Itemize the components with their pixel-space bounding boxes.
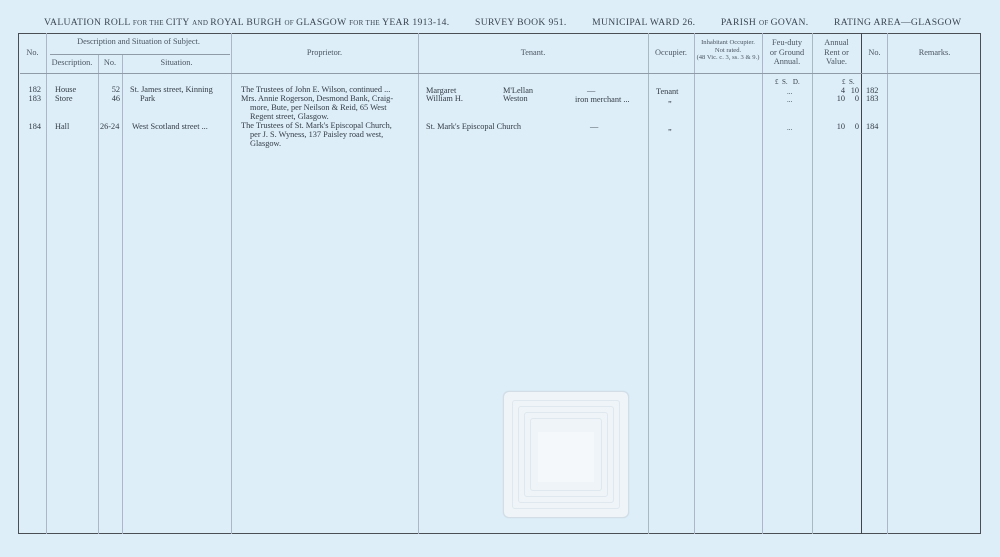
header-feu-duty: Feu-duty or Ground Annual. [762,38,812,67]
header-remarks: Remarks. [888,48,981,58]
row-street-no: 26-24 [100,123,119,132]
row-tenant-first: William H. [426,95,463,104]
row-feu: ... [787,124,792,133]
row-occupier: „ [668,124,672,133]
parish: PARISH OF GOVAN. [721,17,809,28]
row-tenant-occupation: — [590,123,598,132]
row-tenant-first: St. Mark's Episcopal Church [426,123,521,132]
column-rule [231,33,232,534]
column-rule [812,33,813,534]
feu-currency-header: £ S. D. [775,78,800,87]
header-subrule [50,54,230,55]
header-no-right: No. [862,48,887,58]
column-rule [46,33,47,534]
column-rule [122,54,123,534]
title-part: AND [192,19,210,27]
municipal-ward: MUNICIPAL WARD 26. [592,17,695,28]
row-no-right: 184 [866,123,878,132]
header-no: No. [19,48,46,58]
row-rent-shillings: 0 [846,123,859,132]
column-rule [418,33,419,534]
row-feu: ... [787,96,792,105]
row-rent-shillings: 0 [846,95,859,104]
title-part: FOR THE [133,19,166,27]
header-situation: Situation. [122,58,231,68]
row-no: 184 [20,123,41,132]
row-situation: West Scotland street ... [132,123,208,132]
row-no-right: 183 [866,95,878,104]
survey-book: SURVEY BOOK 951. [475,17,567,28]
column-rule [648,33,649,534]
row-no: 183 [20,95,41,104]
header-bottom-rule [20,73,980,74]
title-part: VALUATION ROLL [44,17,133,28]
row-proprietor-cont: Glasgow. [250,140,281,149]
header-annual-rent: Annual Rent or Value. [812,38,861,67]
row-rent-pounds: 10 [826,123,845,132]
title-part: FOR THE [349,19,382,27]
row-tenant-last: Weston [503,95,528,104]
title-part: ROYAL BURGH [210,17,284,28]
column-rule [887,33,888,534]
title-part: GLASGOW [296,17,349,28]
header-inhabitant-occupier: Inhabitant Occupier. Not rated. (48 Vic.… [694,39,762,62]
header-street-no: No. [98,58,122,68]
valuation-table [18,33,981,534]
header-proprietor: Proprietor. [231,48,418,58]
row-description: Store [55,95,73,104]
title-part: OF [284,19,296,27]
column-rule [762,33,763,534]
row-rent-pounds: 10 [826,95,845,104]
column-rule-thick [861,33,862,534]
header-description: Description. [46,58,98,68]
column-rule [694,33,695,534]
rating-area: RATING AREA—GLASGOW [834,17,961,28]
header-description-group: Description and Situation of Subject. [46,37,231,47]
title-part: YEAR 1913-14. [382,17,449,28]
header-occupier: Occupier. [648,48,694,58]
security-tag-sticker [503,391,629,518]
page-title: VALUATION ROLL FOR THE CITY AND ROYAL BU… [44,17,961,28]
row-situation-cont: Park [140,95,155,104]
column-rule [98,54,99,534]
row-street-no: 46 [98,95,120,104]
row-tenant-occupation: iron merchant ... [575,96,630,105]
row-description: Hall [55,123,69,132]
title-part: CITY [166,17,192,28]
row-occupier: „ [668,96,672,105]
header-tenant: Tenant. [418,48,648,58]
